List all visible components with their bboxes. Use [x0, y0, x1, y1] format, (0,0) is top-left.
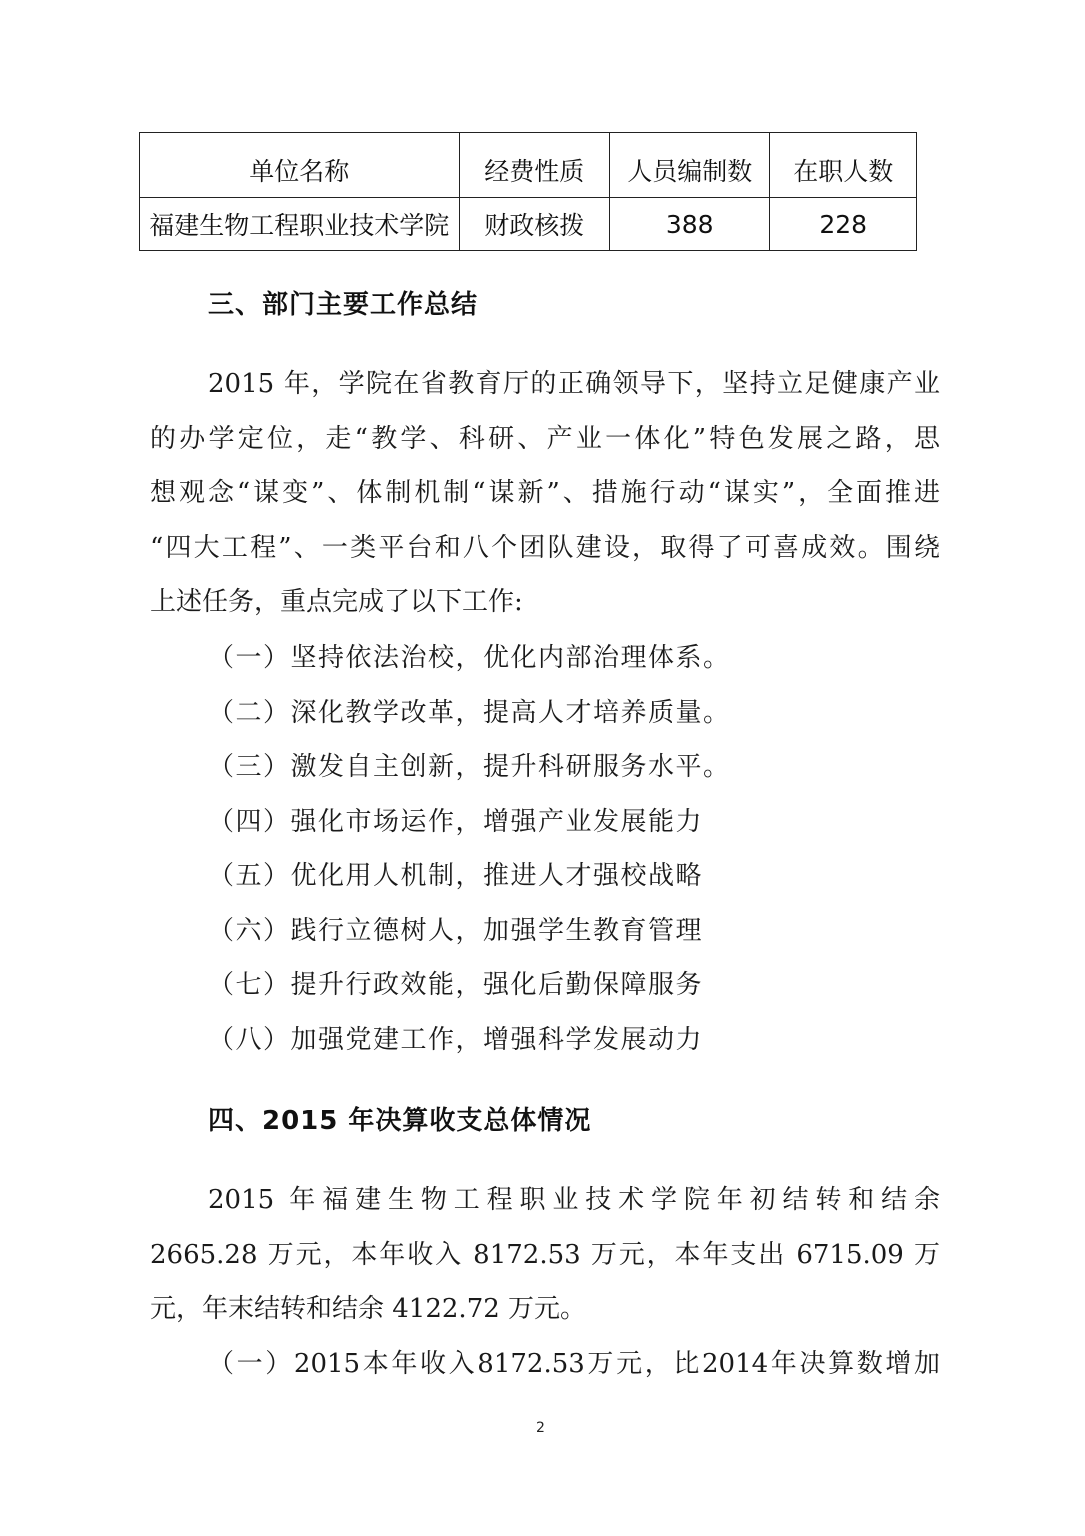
page-number: 2 [536, 1420, 545, 1436]
paragraph-line: 2665.28 万元，本年收入 8172.53 万元，本年支出 6715.09 … [150, 1228, 940, 1283]
paragraph-line: 2015 年福建生物工程职业技术学院年初结转和结余 [150, 1173, 940, 1228]
list-item: （一）坚持依法治校，优化内部治理体系。 [208, 631, 731, 686]
list-item: （六）践行立德树人，加强学生教育管理 [208, 904, 731, 959]
table-row: 福建生物工程职业技术学院 财政核拨 388 228 [140, 198, 917, 251]
header-staff-quota: 人员编制数 [609, 133, 769, 198]
header-unit-name: 单位名称 [140, 133, 460, 198]
cell-funding-type: 财政核拨 [459, 198, 609, 251]
unit-info-table: 单位名称 经费性质 人员编制数 在职人数 福建生物工程职业技术学院 财政核拨 3… [139, 132, 917, 251]
cell-unit-name: 福建生物工程职业技术学院 [140, 198, 460, 251]
paragraph-line: 上述任务，重点完成了以下工作: [150, 575, 940, 630]
list-item: （五）优化用人机制，推进人才强校战略 [208, 849, 731, 904]
list-item: （二）深化教学改革，提高人才培养质量。 [208, 686, 731, 741]
paragraph-line: “四大工程”、一类平台和八个团队建设，取得了可喜成效。围绕 [150, 521, 940, 576]
work-items-list: （一）坚持依法治校，优化内部治理体系。 （二）深化教学改革，提高人才培养质量。 … [208, 631, 731, 1067]
document-page: 单位名称 经费性质 人员编制数 在职人数 福建生物工程职业技术学院 财政核拨 3… [0, 0, 1085, 1536]
work-summary-paragraph: 2015 年，学院在省教育厅的正确领导下，坚持立足健康产业 的办学定位，走“教学… [150, 357, 940, 630]
table-header-row: 单位名称 经费性质 人员编制数 在职人数 [140, 133, 917, 198]
cell-active-staff: 228 [770, 198, 917, 251]
cell-staff-quota: 388 [609, 198, 769, 251]
header-funding-type: 经费性质 [459, 133, 609, 198]
budget-overview-paragraph: 2015 年福建生物工程职业技术学院年初结转和结余 2665.28 万元，本年收… [150, 1173, 940, 1391]
section-heading-work-summary: 三、部门主要工作总结 [208, 284, 478, 321]
paragraph-line: 元，年末结转和结余 4122.72 万元。 [150, 1282, 940, 1337]
list-item: （三）激发自主创新，提升科研服务水平。 [208, 740, 731, 795]
header-active-staff: 在职人数 [770, 133, 917, 198]
paragraph-line: 2015 年，学院在省教育厅的正确领导下，坚持立足健康产业 [150, 357, 940, 412]
paragraph-line: 的办学定位，走“教学、科研、产业一体化”特色发展之路，思 [150, 412, 940, 467]
list-item: （八）加强党建工作，增强科学发展动力 [208, 1013, 731, 1068]
paragraph-line: 想观念“谋变”、体制机制“谋新”、措施行动“谋实”，全面推进 [150, 466, 940, 521]
list-item: （四）强化市场运作，增强产业发展能力 [208, 795, 731, 850]
section-heading-budget-overview: 四、2015 年决算收支总体情况 [208, 1100, 591, 1137]
income-subsection-line: （一）2015本年收入8172.53万元，比2014年决算数增加 [150, 1337, 940, 1392]
list-item: （七）提升行政效能，强化后勤保障服务 [208, 958, 731, 1013]
